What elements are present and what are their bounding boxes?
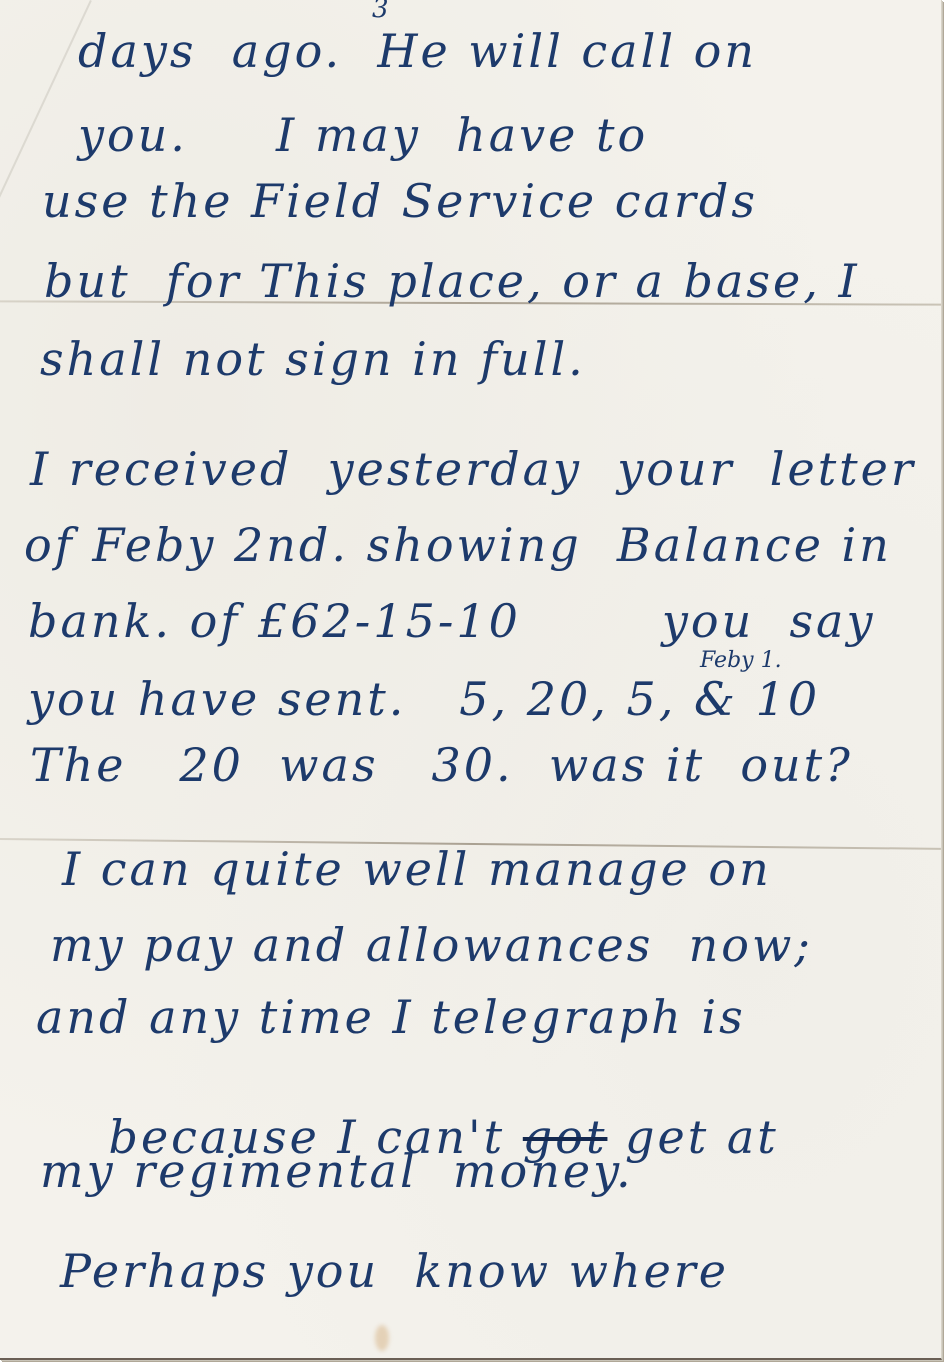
page-marker: 3 (372, 0, 389, 24)
letter-line: I can quite well manage on (62, 846, 772, 892)
letter-line: my regimental money. (40, 1148, 634, 1194)
letter-line: days ago. He will call on (78, 28, 757, 74)
letter-line: you. I may have to (78, 112, 648, 158)
letter-line: and any time I telegraph is (36, 994, 746, 1040)
letter-line: Perhaps you know where (60, 1248, 729, 1294)
letter-line: my pay and allowances now; (50, 922, 813, 968)
letter-page: 3 days ago. He will call on you. I may h… (0, 0, 942, 1360)
paper-stain (375, 1325, 389, 1351)
letter-line: you have sent. 5, 20, 5, & 10 (28, 676, 820, 722)
letter-line: The 20 was 30. was it out? (30, 742, 853, 788)
letter-line: shall not sign in full. (40, 336, 586, 382)
letter-line: bank. of £62-15-10 you say (28, 598, 875, 644)
letter-line: but for This place, or a base, I (44, 258, 860, 304)
date-annotation: Feby 1. (700, 648, 782, 673)
letter-line: use the Field Service cards (42, 178, 758, 224)
letter-line: of Feby 2nd. showing Balance in (24, 522, 892, 568)
letter-line: I received yesterday your letter (30, 446, 916, 492)
